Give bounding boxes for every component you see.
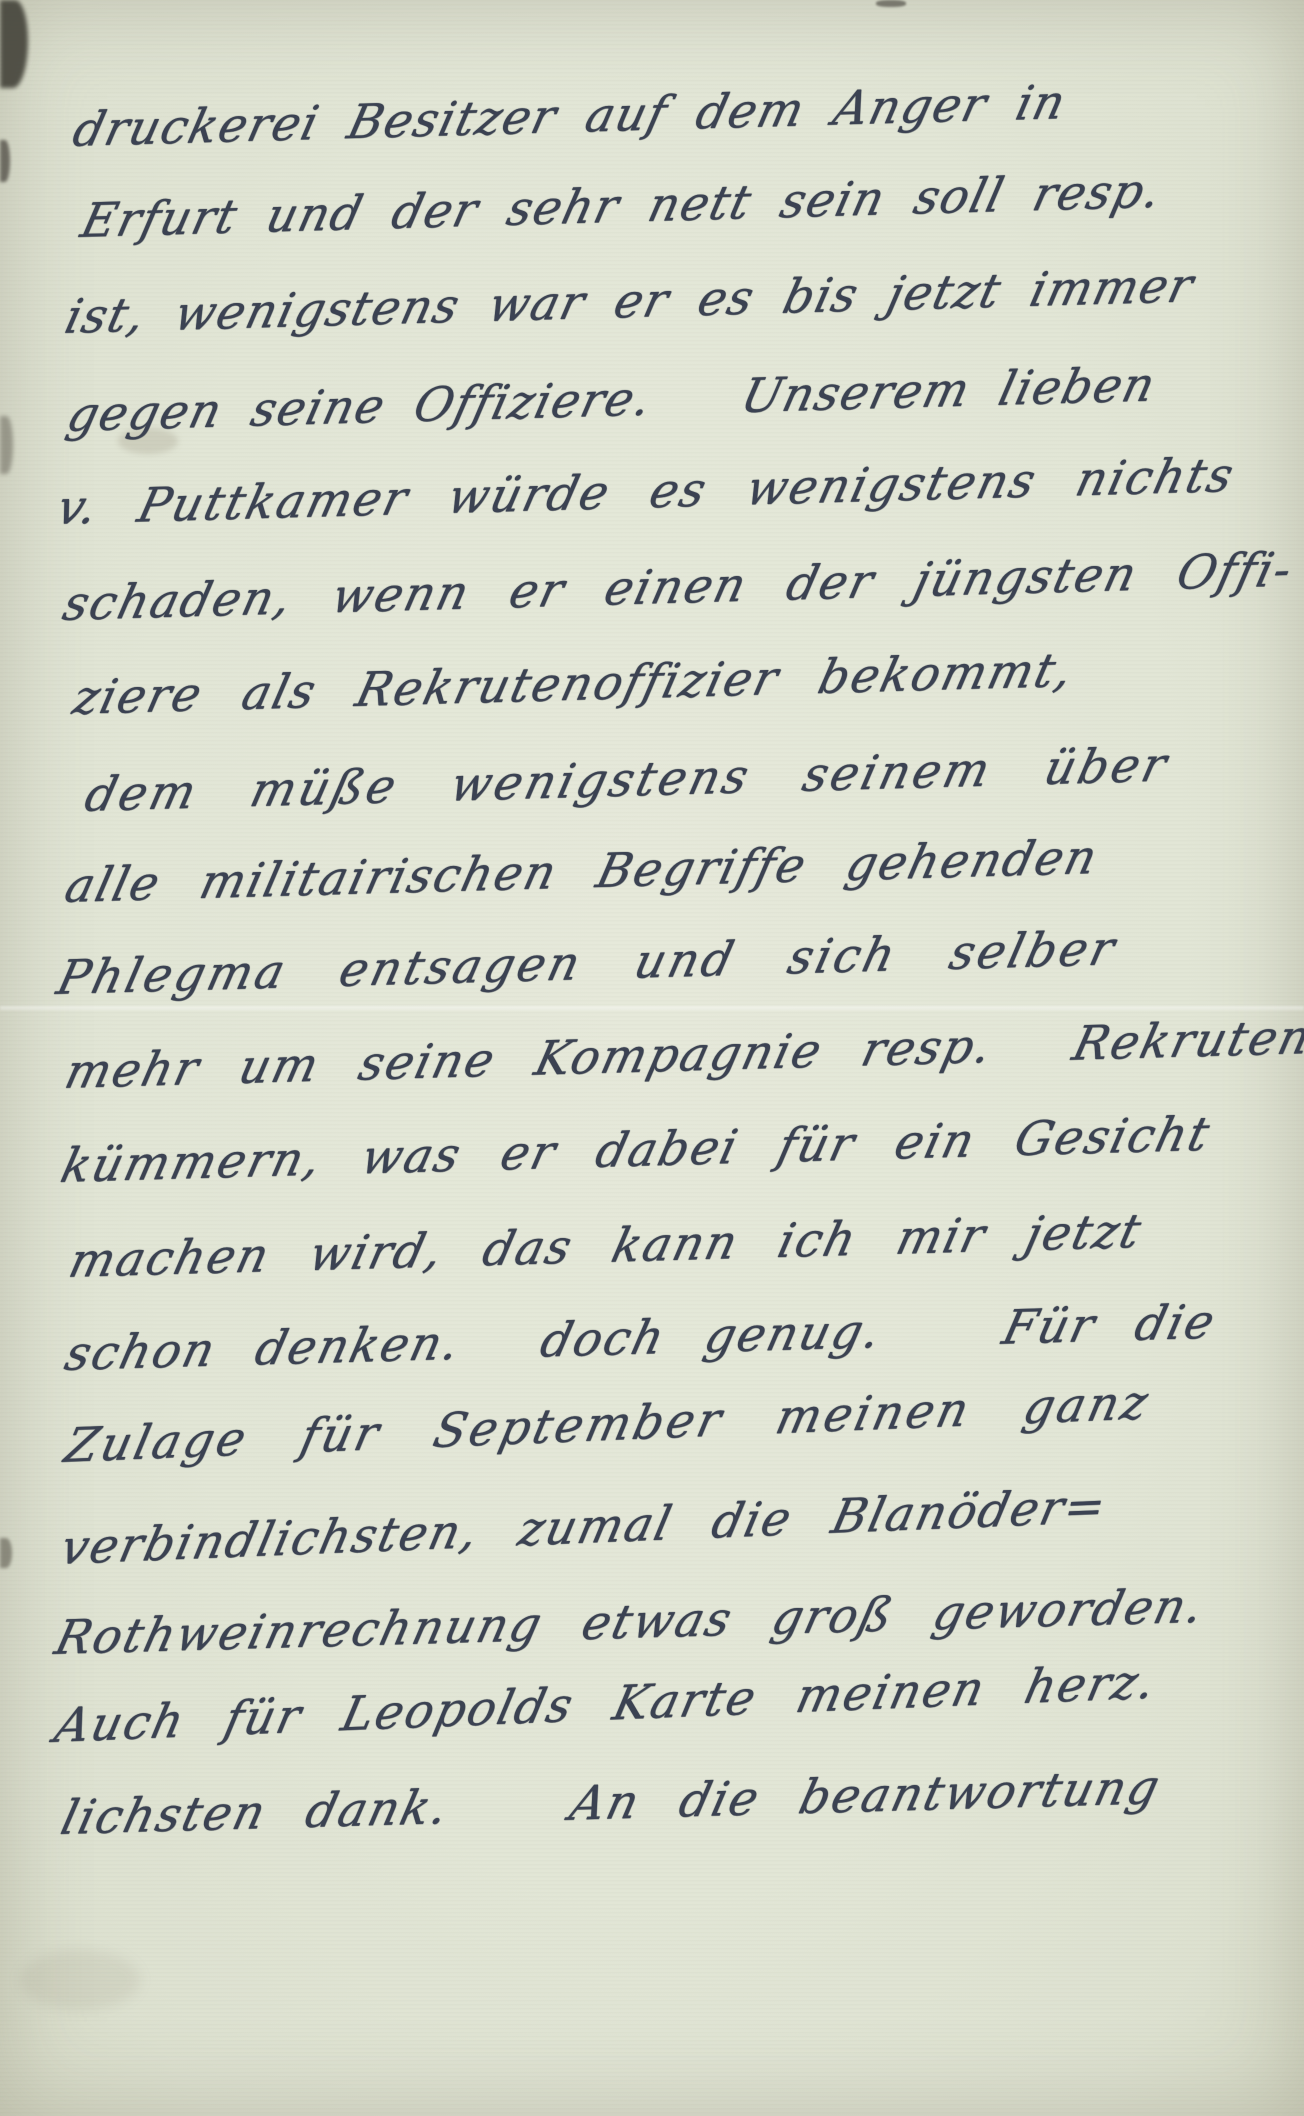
handwriting-line: alle militairischen Begriffe gehenden — [60, 832, 1104, 913]
scan-edge-mark — [0, 416, 13, 474]
handwriting-line: lichsten dank. An die beantwortung — [56, 1762, 1166, 1845]
handwriting-line: dem müße wenigstens seinem über — [80, 739, 1174, 821]
handwriting-line: schaden, wenn er einen der jüngsten Offi… — [58, 544, 1298, 630]
handwriting-line: ziere als Rekrutenoffizier bekommt, — [68, 645, 1079, 725]
handwriting-line: druckerei Besitzer auf dem Anger in — [68, 77, 1071, 157]
handwriting-line: v. Puttkamer würde es wenigstens nichts — [52, 450, 1240, 535]
handwriting-line: machen wird, das kann ich mir jetzt — [64, 1206, 1148, 1288]
scan-edge-blot — [0, 0, 28, 88]
handwriting-line: Rothweinrechnung etwas groß geworden. — [50, 1581, 1210, 1665]
handwriting-line: mehr um seine Kompagnie resp. Rekruten — [60, 1012, 1304, 1099]
handwriting-line: gegen seine Offiziere. Unserem lieben — [62, 359, 1161, 441]
letter-page: druckerei Besitzer auf dem Anger in Erfu… — [0, 0, 1304, 2116]
handwriting-line: kümmern, was er dabei für ein Gesicht — [56, 1109, 1216, 1193]
paper-smudge — [20, 1950, 140, 2010]
handwriting-line: schon denken. doch genug. Für die — [60, 1297, 1221, 1381]
scan-edge-mark — [0, 140, 10, 182]
handwriting-line: verbindlichsten, zumal die Blanöder= — [56, 1481, 1112, 1575]
scan-edge-mark — [0, 1538, 12, 1568]
handwriting-line: Zulage für September meinen ganz — [60, 1377, 1155, 1473]
paper-fold-line — [0, 1006, 1304, 1010]
handwriting-line: Auch für Leopolds Karte meinen herz. — [50, 1656, 1162, 1752]
handwriting-line: Erfurt und der sehr nett sein soll resp. — [76, 166, 1167, 248]
handwriting-line: ist, wenigstens war er es bis jetzt imme… — [60, 260, 1199, 344]
scan-edge-mark — [876, 0, 906, 7]
handwriting-line: Phlegma entsagen und sich selber — [52, 923, 1122, 1005]
